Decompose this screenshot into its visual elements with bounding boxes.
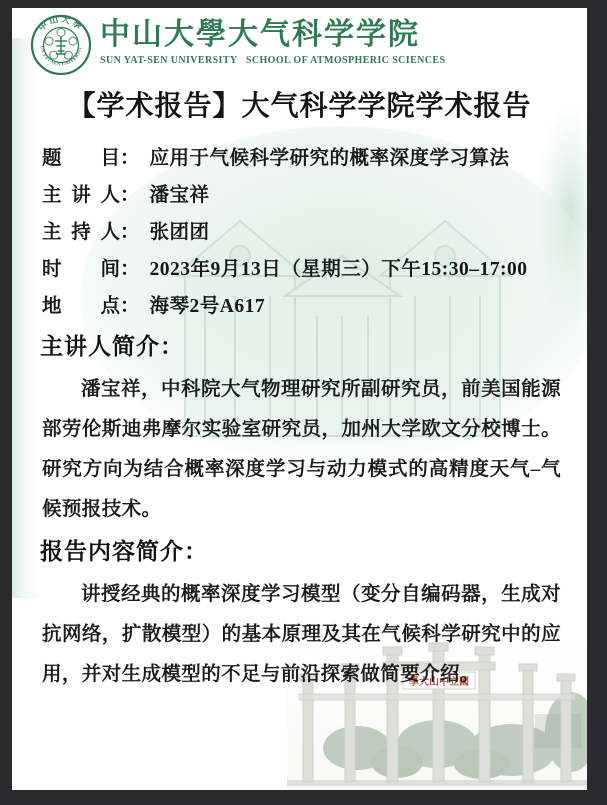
info-value: 张团团 xyxy=(150,222,210,243)
info-value: 海琴2号A617 xyxy=(150,296,266,317)
gate-foliage xyxy=(323,692,587,779)
info-row-time: 时间：2023年9月13日（星期三）下午15:30–17:00 xyxy=(42,251,587,288)
poster-title: 【学术报告】大气科学学院学术报告 xyxy=(22,88,577,124)
info-colon: ： xyxy=(120,177,140,214)
info-colon: ： xyxy=(120,288,140,325)
info-value: 潘宝祥 xyxy=(150,185,210,206)
info-row-topic: 题目：应用于气候科学研究的概率深度学习算法 xyxy=(42,140,587,177)
university-wordmark: 中山大學大气科学学院 SUN YAT-SEN UNIVERSITY SCHOOL… xyxy=(100,14,445,67)
info-colon: ： xyxy=(120,214,140,251)
distant-building xyxy=(535,714,581,748)
info-colon: ： xyxy=(120,140,140,177)
header: 中山大學 SUN YAT-SEN UNIVERSITY xyxy=(12,8,587,80)
speaker-bio-text: 潘宝祥，中科院大气物理研究所副研究员，前美国能源部劳伦斯迪弗摩尔实验室研究员，加… xyxy=(42,370,561,530)
university-seal-logo: 中山大學 SUN YAT-SEN UNIVERSITY xyxy=(30,14,92,76)
info-label: 主讲人 xyxy=(42,177,120,214)
photo-frame: 學大山中立國 中山大學 SUN YAT-SEN UNIVERSITY xyxy=(0,0,607,805)
info-list: 题目：应用于气候科学研究的概率深度学习算法 主讲人：潘宝祥 主持人：张团团 时间… xyxy=(42,140,587,325)
poster: 學大山中立國 中山大學 SUN YAT-SEN UNIVERSITY xyxy=(12,8,587,790)
talk-abstract-text: 讲授经典的概率深度学习模型（变分自编码器，生成对抗网络，扩散模型）的基本原理及其… xyxy=(42,575,561,695)
info-label: 地点 xyxy=(42,288,120,325)
info-value: 2023年9月13日（星期三）下午15:30–17:00 xyxy=(150,259,528,280)
gate-ground xyxy=(287,780,587,786)
info-label: 题目 xyxy=(42,140,120,177)
screenshot-root: { "header": { "university_cjk": "中山大學大气科… xyxy=(0,0,607,805)
info-row-host: 主持人：张团团 xyxy=(42,214,587,251)
university-name-cjk: 中山大學大气科学学院 xyxy=(100,18,445,52)
info-value: 应用于气候科学研究的概率深度学习算法 xyxy=(150,148,510,169)
info-label: 主持人 xyxy=(42,214,120,251)
info-row-speaker: 主讲人：潘宝祥 xyxy=(42,177,587,214)
speaker-bio-heading: 主讲人简介： xyxy=(40,331,587,361)
info-colon: ： xyxy=(120,251,140,288)
info-label: 时间 xyxy=(42,251,120,288)
university-name-en: SUN YAT-SEN UNIVERSITY SCHOOL OF ATMOSPH… xyxy=(100,55,445,67)
info-row-location: 地点：海琴2号A617 xyxy=(42,288,587,325)
talk-abstract-heading: 报告内容简介： xyxy=(40,536,587,566)
